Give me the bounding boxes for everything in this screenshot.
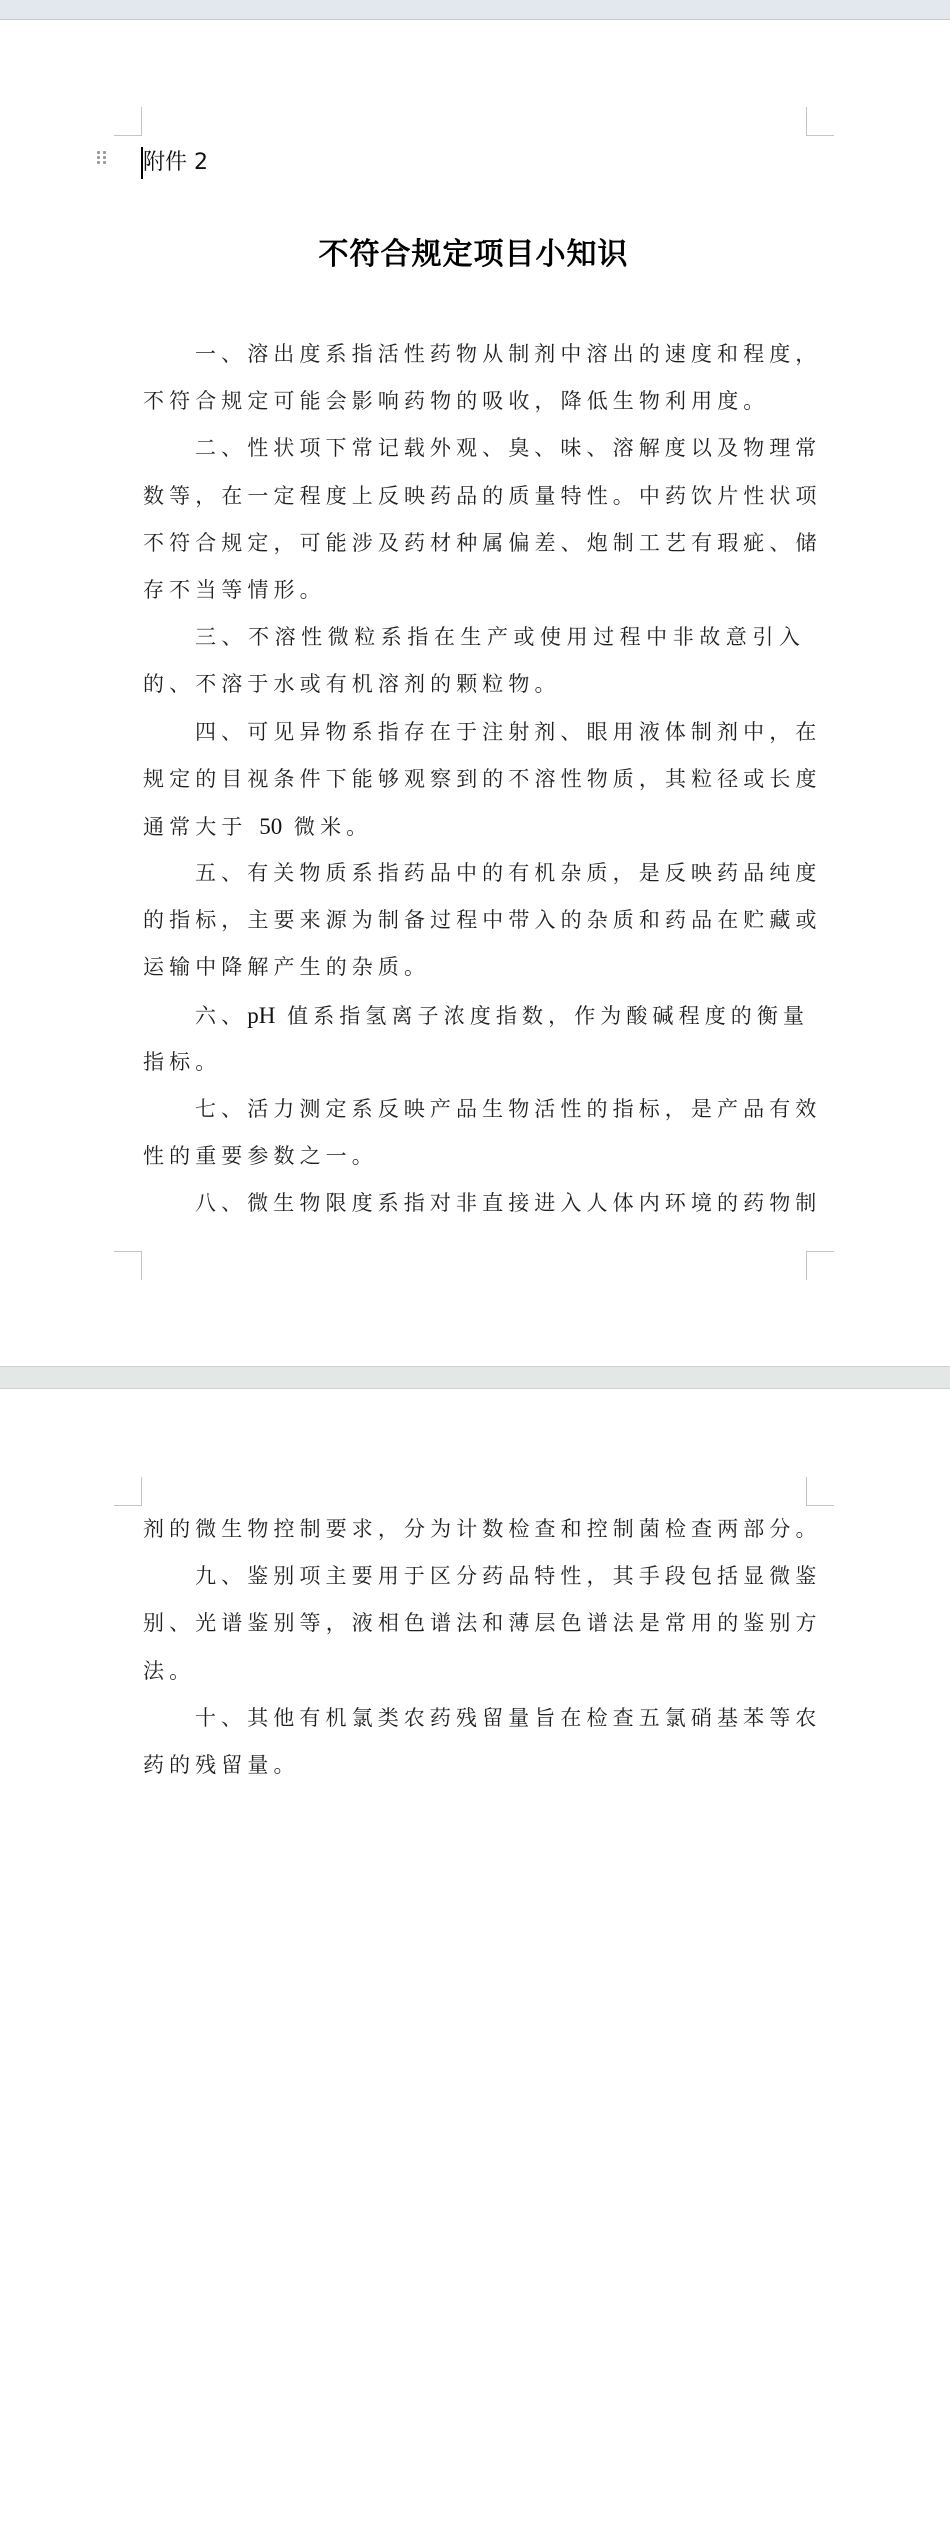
paragraph-line: 不符合规定可能会影响药物的吸收，降低生物利用度。 <box>143 378 805 425</box>
paragraph-line: 别、光谱鉴别等，液相色谱法和薄层色谱法是常用的鉴别方 <box>143 1600 805 1647</box>
paragraph-line: 七、活力测定系反映产品生物活性的指标，是产品有效 <box>143 1086 805 1133</box>
margin-corner-top-left <box>114 107 142 136</box>
line-text-post: 微米。 <box>282 815 372 839</box>
paragraph-line: 八、微生物限度系指对非直接进入人体内环境的药物制 <box>143 1180 805 1227</box>
line-text-pre: 通常大于 <box>143 815 259 839</box>
paragraph-line: 六、pH 值系指氢离子浓度指数，作为酸碱程度的衡量 <box>143 992 805 1039</box>
margin-corner-top-right-page-2 <box>806 1477 834 1506</box>
paragraph-line: 的指标，主要来源为制备过程中带入的杂质和药品在贮藏或 <box>143 897 805 944</box>
paragraph-line: 性的重要参数之一。 <box>143 1133 805 1180</box>
paragraph-line: 指标。 <box>143 1039 805 1086</box>
paragraph-line: 剂的微生物控制要求，分为计数检查和控制菌检查两部分。 <box>143 1506 805 1553</box>
drag-handle-icon[interactable] <box>97 151 106 164</box>
paragraph-line: 数等，在一定程度上反映药品的质量特性。中药饮片性状项 <box>143 473 805 520</box>
paragraph-line: 通常大于 50 微米。 <box>143 803 805 850</box>
margin-corner-top-right <box>806 107 834 136</box>
page-separator <box>0 1366 950 1389</box>
paragraph-line: 运输中降解产生的杂质。 <box>143 944 805 991</box>
latin-term: pH <box>247 1003 275 1028</box>
paragraph-line: 一、溶出度系指活性药物从制剂中溶出的速度和程度， <box>143 331 805 378</box>
paragraph-line: 法。 <box>143 1648 805 1695</box>
latin-term: 50 <box>259 814 282 839</box>
document-body-page-2[interactable]: 剂的微生物控制要求，分为计数检查和控制菌检查两部分。九、鉴别项主要用于区分药品特… <box>143 1506 805 1789</box>
document-title: 不符合规定项目小知识 <box>141 234 806 276</box>
paragraph-line: 不符合规定，可能涉及药材种属偏差、炮制工艺有瑕疵、储 <box>143 520 805 567</box>
paragraph-line: 四、可见异物系指存在于注射剂、眼用液体制剂中，在 <box>143 709 805 756</box>
paragraph-line: 规定的目视条件下能够观察到的不溶性物质，其粒径或长度 <box>143 756 805 803</box>
document-body-page-1[interactable]: 一、溶出度系指活性药物从制剂中溶出的速度和程度，不符合规定可能会影响药物的吸收，… <box>143 331 805 1228</box>
line-text-pre: 六、 <box>195 1004 247 1028</box>
top-toolbar-strip <box>0 0 950 20</box>
attachment-label: 附件 2 <box>143 146 208 180</box>
margin-corner-bottom-left <box>114 1251 142 1280</box>
paragraph-line: 药的残留量。 <box>143 1742 805 1789</box>
paragraph-line: 存不当等情形。 <box>143 567 805 614</box>
paragraph-line: 九、鉴别项主要用于区分药品特性，其手段包括显微鉴 <box>143 1553 805 1600</box>
line-text-post: 值系指氢离子浓度指数，作为酸碱程度的衡量 <box>275 1004 809 1028</box>
margin-corner-bottom-right <box>806 1251 834 1280</box>
paragraph-line: 二、性状项下常记载外观、臭、味、溶解度以及物理常 <box>143 425 805 472</box>
margin-corner-top-left-page-2 <box>114 1477 142 1506</box>
paragraph-line: 十、其他有机氯类农药残留量旨在检查五氯硝基苯等农 <box>143 1695 805 1742</box>
paragraph-line: 的、不溶于水或有机溶剂的颗粒物。 <box>143 661 805 708</box>
paragraph-line: 三、不溶性微粒系指在生产或使用过程中非故意引入 <box>143 614 805 661</box>
paragraph-line: 五、有关物质系指药品中的有机杂质，是反映药品纯度 <box>143 850 805 897</box>
